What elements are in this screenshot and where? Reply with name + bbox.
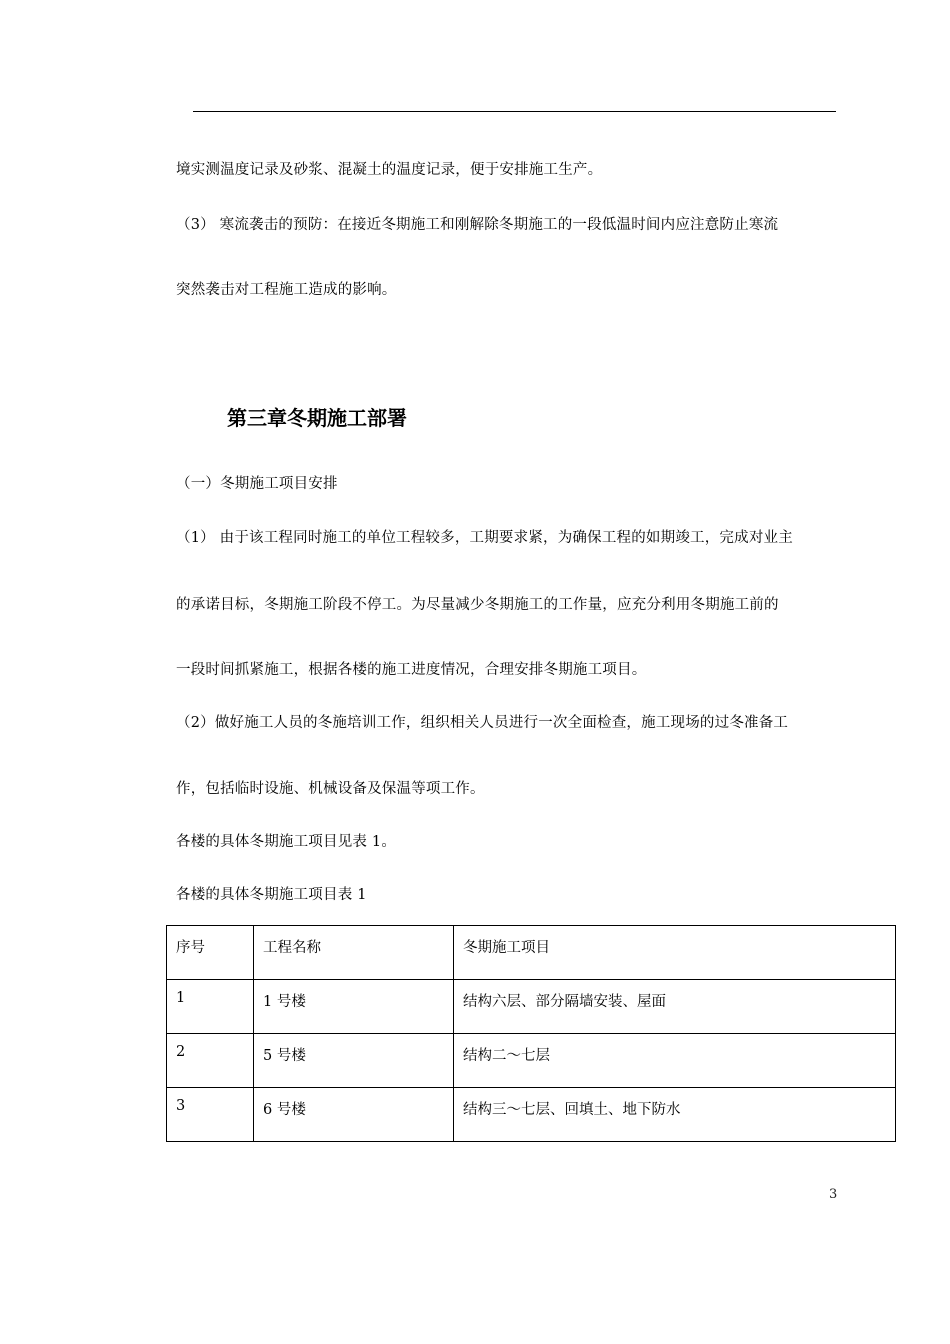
paragraph-line: （2）做好施工人员的冬施培训工作，组织相关人员进行一次全面检查，施工现场的过冬准…: [176, 713, 788, 733]
page-number: 3: [829, 1187, 837, 1202]
paragraph-line: 作，包括临时设施、机械设备及保温等项工作。: [176, 779, 485, 799]
header-cell-project-name: 工程名称: [254, 926, 454, 980]
paragraph-line: 一段时间抓紧施工，根据各楼的施工进度情况，合理安排冬期施工项目。: [176, 660, 646, 680]
cell-winter-items: 结构二～七层: [454, 1034, 896, 1088]
table-caption: 各楼的具体冬期施工项目表 1: [176, 885, 367, 905]
cell-project-name: 5 号楼: [254, 1034, 454, 1088]
header-rule: [193, 111, 836, 112]
cell-winter-items: 结构六层、部分隔墙安装、屋面: [454, 980, 896, 1034]
table-row: 2 5 号楼 结构二～七层: [167, 1034, 896, 1088]
chapter-heading: 第三章冬期施工部署: [227, 404, 407, 432]
paragraph-line: 各楼的具体冬期施工项目见表 1。: [176, 832, 396, 852]
cell-index: 2: [167, 1034, 254, 1088]
text-line: （3） 寒流袭击的预防：在接近冬期施工和刚解除冬期施工的一段低温时间内应注意防止…: [176, 215, 778, 235]
cell-project-name: 1 号楼: [254, 980, 454, 1034]
section-heading: （一）冬期施工项目安排: [176, 474, 338, 494]
text-line: 突然袭击对工程施工造成的影响。: [176, 280, 397, 300]
text-line: 境实测温度记录及砂浆、混凝土的温度记录，便于安排施工生产。: [176, 160, 602, 180]
winter-construction-table: 序号 工程名称 冬期施工项目 1 1 号楼 结构六层、部分隔墙安装、屋面 2 5…: [166, 925, 896, 1142]
cell-index: 1: [167, 980, 254, 1034]
cell-winter-items: 结构三～七层、回填土、地下防水: [454, 1088, 896, 1142]
paragraph-line: （1） 由于该工程同时施工的单位工程较多，工期要求紧，为确保工程的如期竣工，完成…: [176, 528, 793, 548]
table-row: 1 1 号楼 结构六层、部分隔墙安装、屋面: [167, 980, 896, 1034]
paragraph-line: 的承诺目标，冬期施工阶段不停工。为尽量减少冬期施工的工作量，应充分利用冬期施工前…: [176, 595, 779, 615]
table-row: 3 6 号楼 结构三～七层、回填土、地下防水: [167, 1088, 896, 1142]
cell-index: 3: [167, 1088, 254, 1142]
header-cell-index: 序号: [167, 926, 254, 980]
table-header-row: 序号 工程名称 冬期施工项目: [167, 926, 896, 980]
cell-project-name: 6 号楼: [254, 1088, 454, 1142]
header-cell-winter-items: 冬期施工项目: [454, 926, 896, 980]
